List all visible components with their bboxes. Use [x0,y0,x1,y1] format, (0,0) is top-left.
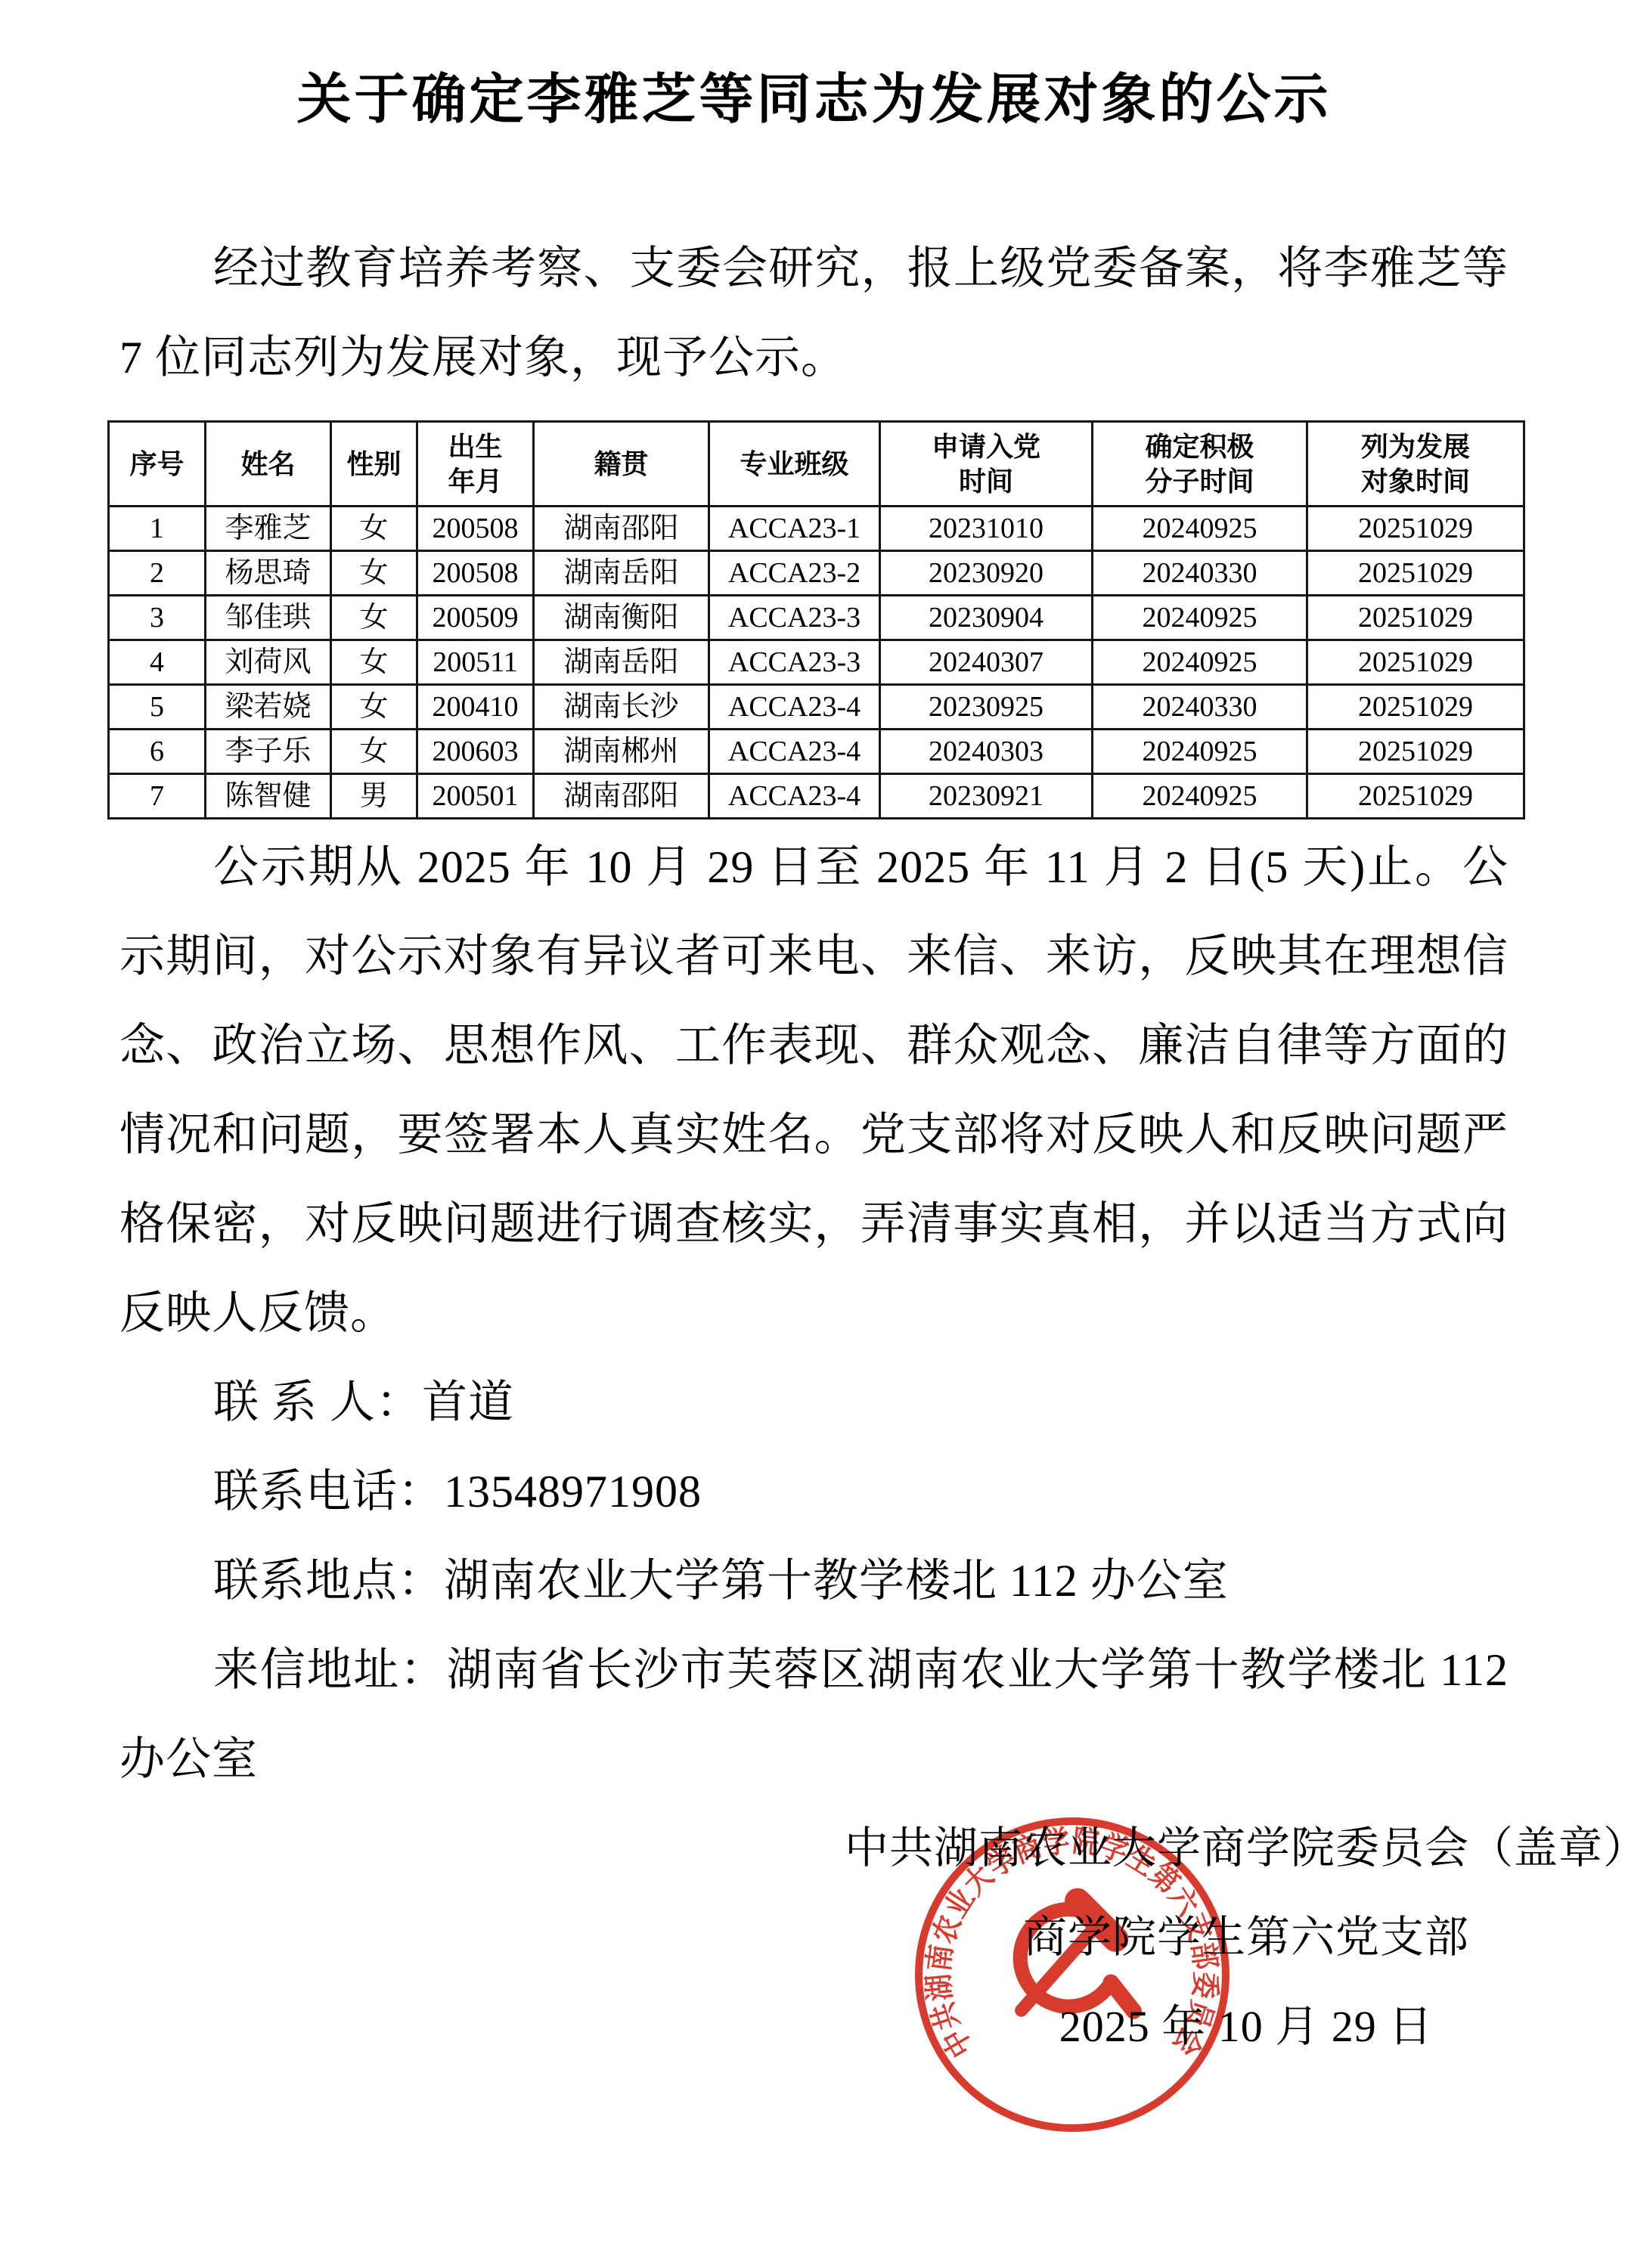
table-cell: 20240925 [1093,640,1307,685]
contact-line: 联系地点：湖南农业大学第十教学楼北 112 办公室 [119,1536,1509,1625]
table-cell: 20251029 [1307,685,1524,730]
contact-label: 来信地址： [213,1645,447,1695]
contact-value: 13548971908 [444,1467,702,1517]
table-header-cell: 性别 [331,422,417,507]
contact-label: 联系电话： [213,1467,444,1517]
table-cell: 女 [331,507,417,551]
table-cell: 女 [331,551,417,596]
table-cell: 20251029 [1307,640,1524,685]
table-header-cell: 专业班级 [709,422,880,507]
table-cell: 20251029 [1307,730,1524,774]
table-cell: ACCA23-3 [709,596,880,640]
signature-branch: 商学院学生第六党支部 [829,1893,1628,1982]
notice-paragraph: 公示期从 2025 年 10 月 29 日至 2025 年 11 月 2 日(5… [119,823,1509,1358]
table-cell: 杨思琦 [206,551,331,596]
signature-date: 2025 年 10 月 29 日 [829,1982,1628,2071]
table-cell: 陈智健 [206,774,331,819]
table-cell: 20240330 [1093,551,1307,596]
table-cell: 5 [109,685,206,730]
table-cell: 20240303 [880,730,1093,774]
table-cell: 湖南邵阳 [534,507,709,551]
table-cell: 20240925 [1093,596,1307,640]
table-cell: 2 [109,551,206,596]
table-cell: 1 [109,507,206,551]
table-cell: 邹佳珙 [206,596,331,640]
contact-info: 联 系 人：首道联系电话：13548971908联系地点：湖南农业大学第十教学楼… [119,1358,1509,1804]
contact-line: 来信地址：湖南省长沙市芙蓉区湖南农业大学第十教学楼北 112 办公室 [119,1625,1509,1804]
table-header-cell: 申请入党 时间 [880,422,1093,507]
table-cell: 200501 [417,774,534,819]
table-cell: 20230904 [880,596,1093,640]
table-cell: ACCA23-4 [709,685,880,730]
table-cell: 20240925 [1093,507,1307,551]
table-cell: 20231010 [880,507,1093,551]
table-cell: ACCA23-4 [709,730,880,774]
signature-block: 中共湖南农业大学商学院委员会（盖章） 商学院学生第六党支部 2025 年 10 … [829,1804,1628,2071]
table-cell: 湖南岳阳 [534,551,709,596]
table-cell: 200508 [417,507,534,551]
table-cell: 男 [331,774,417,819]
table-cell: 20240307 [880,640,1093,685]
contact-label: 联系地点： [213,1556,444,1606]
table-cell: 200508 [417,551,534,596]
table-header-cell: 出生 年月 [417,422,534,507]
table-cell: 20230925 [880,685,1093,730]
document-content: 关于确定李雅芝等同志为发展对象的公示 经过教育培养考察、支委会研究，报上级党委备… [0,0,1628,2071]
table-cell: 湖南衡阳 [534,596,709,640]
table-cell: 女 [331,730,417,774]
contact-line: 联 系 人：首道 [119,1358,1509,1447]
page-title: 关于确定李雅芝等同志为发展对象的公示 [119,0,1509,135]
table-row: 5梁若娆女200410湖南长沙ACCA23-420230925202403302… [109,685,1524,730]
table-cell: 20240925 [1093,774,1307,819]
table-cell: 李雅芝 [206,507,331,551]
table-cell: 20240330 [1093,685,1307,730]
table-cell: ACCA23-3 [709,640,880,685]
contact-label: 联 系 人： [213,1377,422,1427]
candidates-table: 序号姓名性别出生 年月籍贯专业班级申请入党 时间确定积极 分子时间列为发展 对象… [107,420,1525,820]
table-cell: ACCA23-4 [709,774,880,819]
table-cell: 200511 [417,640,534,685]
table-header-cell: 列为发展 对象时间 [1307,422,1524,507]
signature-org: 中共湖南农业大学商学院委员会（盖章） [829,1804,1628,1893]
table-cell: 20251029 [1307,774,1524,819]
table-header-cell: 姓名 [206,422,331,507]
table-cell: 200603 [417,730,534,774]
table-row: 2杨思琦女200508湖南岳阳ACCA23-220230920202403302… [109,551,1524,596]
intro-paragraph: 经过教育培养考察、支委会研究，报上级党委备案，将李雅芝等 7 位同志列为发展对象… [119,224,1509,402]
table-cell: 4 [109,640,206,685]
table-row: 4刘荷风女200511湖南岳阳ACCA23-320240307202409252… [109,640,1524,685]
table-cell: 女 [331,596,417,640]
table-cell: ACCA23-1 [709,507,880,551]
contact-value: 湖南农业大学第十教学楼北 112 办公室 [444,1556,1229,1606]
table-row: 7陈智健男200501湖南邵阳ACCA23-420230921202409252… [109,774,1524,819]
table-header-cell: 籍贯 [534,422,709,507]
table-cell: 20230921 [880,774,1093,819]
table-header-cell: 序号 [109,422,206,507]
table-cell: 20240925 [1093,730,1307,774]
table-row: 1李雅芝女200508湖南邵阳ACCA23-120231010202409252… [109,507,1524,551]
table-cell: 20251029 [1307,596,1524,640]
table-cell: 湖南邵阳 [534,774,709,819]
table-row: 6李子乐女200603湖南郴州ACCA23-420240303202409252… [109,730,1524,774]
table-cell: 7 [109,774,206,819]
table-cell: 20230920 [880,551,1093,596]
table-header-cell: 确定积极 分子时间 [1093,422,1307,507]
table-cell: 湖南长沙 [534,685,709,730]
table-cell: 200509 [417,596,534,640]
document-page: 关于确定李雅芝等同志为发展对象的公示 经过教育培养考察、支委会研究，报上级党委备… [0,0,1628,2268]
table-cell: 6 [109,730,206,774]
candidates-table-wrap: 序号姓名性别出生 年月籍贯专业班级申请入党 时间确定积极 分子时间列为发展 对象… [119,420,1509,820]
table-row: 3邹佳珙女200509湖南衡阳ACCA23-320230904202409252… [109,596,1524,640]
table-cell: ACCA23-2 [709,551,880,596]
table-cell: 20251029 [1307,507,1524,551]
table-cell: 女 [331,685,417,730]
table-header-row: 序号姓名性别出生 年月籍贯专业班级申请入党 时间确定积极 分子时间列为发展 对象… [109,422,1524,507]
contact-line: 联系电话：13548971908 [119,1447,1509,1536]
table-cell: 李子乐 [206,730,331,774]
table-cell: 湖南郴州 [534,730,709,774]
table-cell: 女 [331,640,417,685]
table-cell: 200410 [417,685,534,730]
table-cell: 3 [109,596,206,640]
table-cell: 湖南岳阳 [534,640,709,685]
table-cell: 刘荷风 [206,640,331,685]
table-cell: 20251029 [1307,551,1524,596]
table-cell: 梁若娆 [206,685,331,730]
contact-value: 首道 [422,1377,514,1427]
